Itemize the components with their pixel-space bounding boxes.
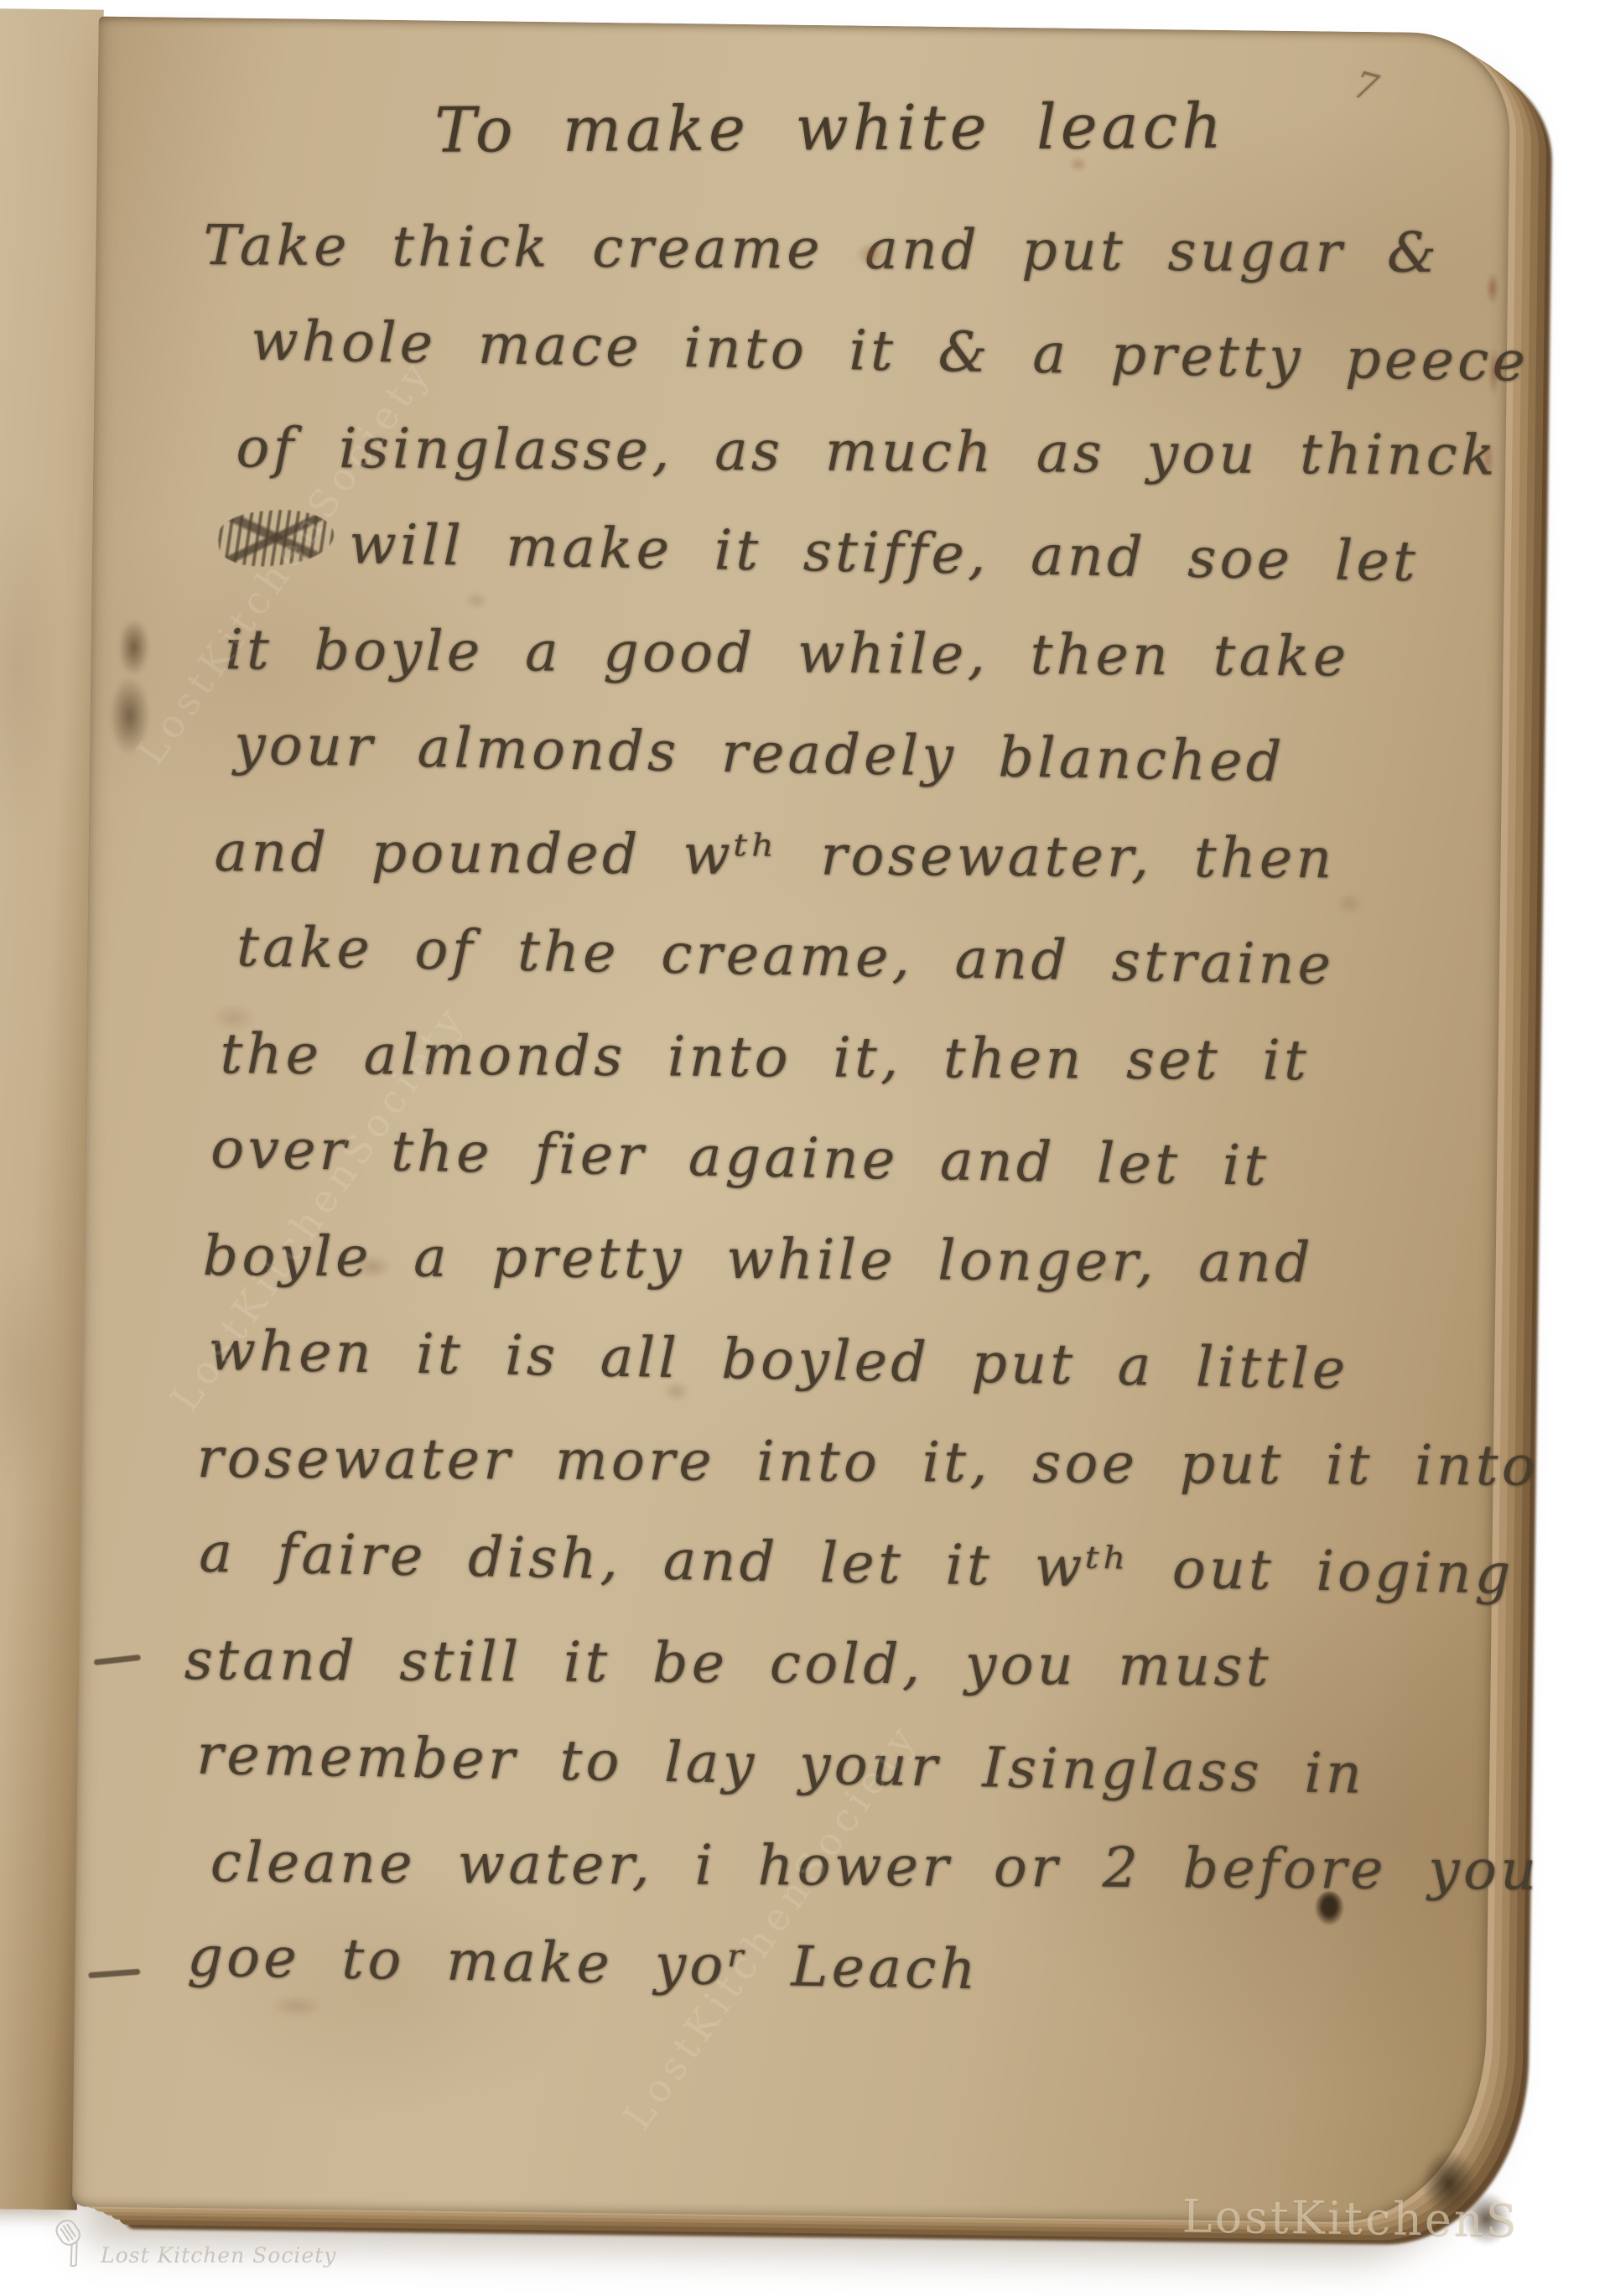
manuscript-line: over the fier againe and let it bbox=[210, 1099, 1535, 1222]
manuscript-line: and pounded wᵗʰ rosewater, then bbox=[214, 803, 1538, 912]
manuscript-line: boyle a pretty while longer, and bbox=[202, 1207, 1533, 1316]
logo-text: Lost Kitchen Society bbox=[101, 2243, 336, 2273]
manuscript-line: it boyle a good while, then take bbox=[225, 600, 1540, 709]
corner-watermark: LostKitchenS bbox=[1182, 2190, 1519, 2247]
manuscript-line: will make it stiffe, and soe let bbox=[348, 495, 1542, 616]
manuscript-line: whole mace into it & a pretty peece bbox=[250, 291, 1545, 413]
spatula-icon bbox=[42, 2221, 91, 2273]
manuscript-line: take of the creame, and straine bbox=[236, 897, 1537, 1020]
manuscript-line: goe to make yoʳ Leach bbox=[187, 1907, 1525, 2030]
recipe-title: To make white leach bbox=[434, 91, 1226, 167]
manuscript-line: rosewater more into it, soe put it into bbox=[196, 1409, 1530, 1518]
pen-dash bbox=[94, 1654, 141, 1665]
fore-edge-ink-bleed bbox=[1478, 258, 1505, 510]
lost-kitchen-logo: Lost Kitchen Society bbox=[42, 2221, 336, 2273]
manuscript-line: a faire dish, and let it wᵗʰ out ioging bbox=[198, 1503, 1529, 1626]
photo-background: 7 To make white leach Take thick creame … bbox=[0, 0, 1610, 2296]
manuscript-line: Take thick creame and put sugar & bbox=[203, 196, 1545, 305]
manuscript-line: stand still it be cold, you must bbox=[184, 1611, 1528, 1720]
page-number: 7 bbox=[1349, 63, 1383, 110]
manuscript-page: 7 To make white leach Take thick creame … bbox=[72, 17, 1511, 2224]
recipe-book: 7 To make white leach Take thick creame … bbox=[0, 2, 1568, 2258]
pen-dash bbox=[88, 1969, 140, 1979]
manuscript-line: of isinglasse, as much as you thinck bbox=[236, 398, 1543, 507]
manuscript-line: your almonds readely blanched bbox=[233, 695, 1540, 818]
manuscript-line: when it is all boyled put a little bbox=[207, 1301, 1532, 1424]
